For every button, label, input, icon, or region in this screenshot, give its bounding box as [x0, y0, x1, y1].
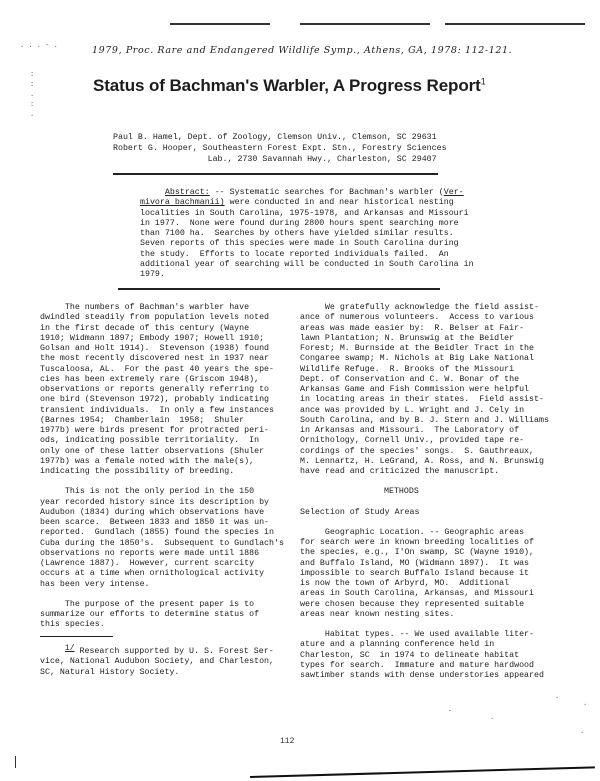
abstract-line: in 1977. None were found during 2800 hou…: [140, 219, 470, 229]
scan-margin-marks: ::.:.: [30, 70, 34, 120]
left-column: The numbers of Bachman's warbler have dw…: [40, 303, 284, 631]
scan-specks: .: [583, 700, 587, 708]
abstract: Abstract: -- Systematic searches for Bac…: [140, 188, 470, 281]
scan-margin-mark: [15, 756, 16, 768]
intro-paragraph-2: This is not the only period in the 150 y…: [40, 487, 284, 590]
paper-title-text: Status of Bachman's Warbler, A Progress …: [93, 76, 481, 95]
scan-top-rule: [300, 23, 430, 25]
species-name: Ver-: [444, 188, 464, 197]
acknowledgments-paragraph: We gratefully acknowledge the field assi…: [300, 303, 549, 477]
page-number: 112: [280, 737, 294, 746]
abstract-line: localities in South Carolina, 1975-1978,…: [140, 209, 470, 219]
abstract-line: Seven reports of this species were made …: [140, 239, 470, 249]
author-affiliations: Paul B. Hamel, Dept. of Zoology, Clemson…: [113, 133, 447, 165]
paper-title: Status of Bachman's Warbler, A Progress …: [93, 76, 486, 96]
footnote-rule: [40, 636, 113, 637]
geographic-location-paragraph: Geographic Location. -- Geographic areas…: [300, 528, 549, 620]
habitat-types-paragraph: Habitat types. -- We used available lite…: [300, 630, 549, 681]
intro-paragraph-3: The purpose of the present paper is to s…: [40, 600, 284, 631]
footnote-mark: 1/: [65, 644, 75, 653]
abstract-line: 1979.: [140, 270, 470, 280]
scan-specks: -: [448, 708, 452, 716]
abstract-line: were conducted in and near historical ne…: [230, 198, 454, 207]
author-1: Paul B. Hamel, Dept. of Zoology, Clemson…: [113, 133, 447, 144]
scan-specks: .: [555, 693, 559, 701]
scan-top-rule: [445, 23, 585, 25]
scan-top-rule: [170, 23, 270, 25]
right-column: We gratefully acknowledge the field assi…: [300, 303, 549, 681]
abstract-label: Abstract:: [165, 188, 210, 197]
author-2-address: Lab., 2730 Savannah Hwy., Charleston, SC…: [113, 155, 447, 166]
scan-specks: .: [490, 714, 494, 722]
citation-handwritten: 1979, Proc. Rare and Endangered Wildlife…: [92, 45, 512, 56]
study-areas-subheading: Selection of Study Areas: [300, 508, 549, 518]
scan-bottom-edge: [250, 766, 595, 778]
author-2: Robert G. Hooper, Southeastern Forest Ex…: [113, 144, 447, 155]
abstract-line: -- Systematic searches for Bachman's war…: [210, 188, 444, 197]
scan-margin-marks: . . . - .: [20, 42, 58, 50]
footnote: 1/ Research supported by U. S. Forest Se…: [40, 644, 274, 678]
abstract-line: additional year of searching will be con…: [140, 260, 470, 270]
scan-specks: .: [580, 728, 584, 736]
intro-paragraph-1: The numbers of Bachman's warbler have dw…: [40, 303, 284, 477]
abstract-rule: [118, 288, 440, 290]
species-name: mivora bachmanii): [140, 198, 225, 207]
methods-heading: METHODS: [300, 487, 549, 497]
footnote-text: Research supported by U. S. Forest Ser- …: [40, 647, 274, 677]
abstract-line: the study. Efforts to locate reported in…: [140, 250, 470, 260]
title-footnote-mark: 1: [481, 76, 486, 86]
authors-rule: [113, 173, 438, 175]
abstract-line: than 7100 ha. Searches by others have yi…: [140, 229, 470, 239]
